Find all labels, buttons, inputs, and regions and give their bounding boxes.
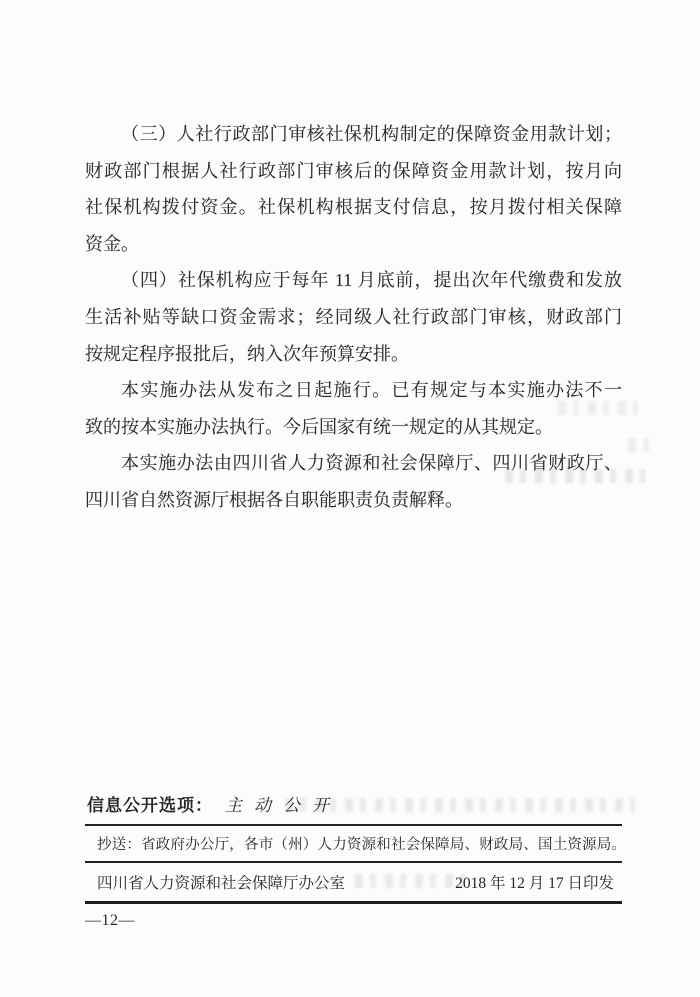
paragraph-interpretation: 本实施办法由四川省人力资源和社会保障厅、四川省财政厅、四川省自然资源厅根据各自职… xyxy=(85,445,622,518)
disclosure-value: 主动公开 xyxy=(225,796,341,815)
text-line: 本实施办法由四川省人力资源和社会保障厅、四川省财政厅、 xyxy=(85,445,622,482)
text-line: （四）社保机构应于每年 11 月底前，提出次年代缴费和发放 xyxy=(85,262,622,299)
text-line: 资金。 xyxy=(85,226,622,263)
text-line: 按规定程序报批后，纳入次年预算安排。 xyxy=(85,336,622,373)
disclosure-row: 信息公开选项： 主动公开 xyxy=(85,789,622,826)
paragraph-item-3: （三）人社行政部门审核社保机构制定的保障资金用款计划；财政部门根据人社行政部门审… xyxy=(85,116,622,262)
document-body: （三）人社行政部门审核社保机构制定的保障资金用款计划；财政部门根据人社行政部门审… xyxy=(85,116,622,519)
text-line: 生活补贴等缺口资金需求；经同级人社行政部门审核，财政部门 xyxy=(85,299,622,336)
page-number: —12— xyxy=(85,912,622,930)
text-line: 财政部门根据人社行政部门审核后的保障资金用款计划，按月向 xyxy=(85,153,622,190)
scanned-document-page: （三）人社行政部门审核社保机构制定的保障资金用款计划；财政部门根据人社行政部门审… xyxy=(0,0,700,997)
page-footer: 信息公开选项： 主动公开 抄送：省政府办公厅，各市（州）人力资源和社会保障局、财… xyxy=(85,789,622,930)
text-line: （三）人社行政部门审核社保机构制定的保障资金用款计划； xyxy=(85,116,622,153)
text-line: 四川省自然资源厅根据各自职能职责负责解释。 xyxy=(85,482,622,519)
text-line: 本实施办法从发布之日起施行。已有规定与本实施办法不一 xyxy=(85,372,622,409)
text-line: 社保机构拨付资金。社保机构根据支付信息，按月拨付相关保障 xyxy=(85,189,622,226)
print-date: 2018 年 12 月 17 日印发 xyxy=(455,871,614,893)
text-line: 致的按本实施办法执行。今后国家有统一规定的从其规定。 xyxy=(85,409,622,446)
ink-bleed-artifact xyxy=(628,438,658,452)
paragraph-effective-date: 本实施办法从发布之日起施行。已有规定与本实施办法不一致的按本实施办法执行。今后国… xyxy=(85,372,622,445)
cc-text: 抄送：省政府办公厅，各市（州）人力资源和社会保障局、财政局、国土资源局。 xyxy=(97,837,626,853)
issuer-name: 四川省人力资源和社会保障厅办公室 xyxy=(97,871,345,893)
disclosure-label: 信息公开选项： xyxy=(87,796,213,815)
paragraph-item-4: （四）社保机构应于每年 11 月底前，提出次年代缴费和发放生活补贴等缺口资金需求… xyxy=(85,262,622,372)
issuer-row: 四川省人力资源和社会保障厅办公室 2018 年 12 月 17 日印发 xyxy=(85,863,622,904)
cc-row: 抄送：省政府办公厅，各市（州）人力资源和社会保障局、财政局、国土资源局。 xyxy=(85,826,622,863)
